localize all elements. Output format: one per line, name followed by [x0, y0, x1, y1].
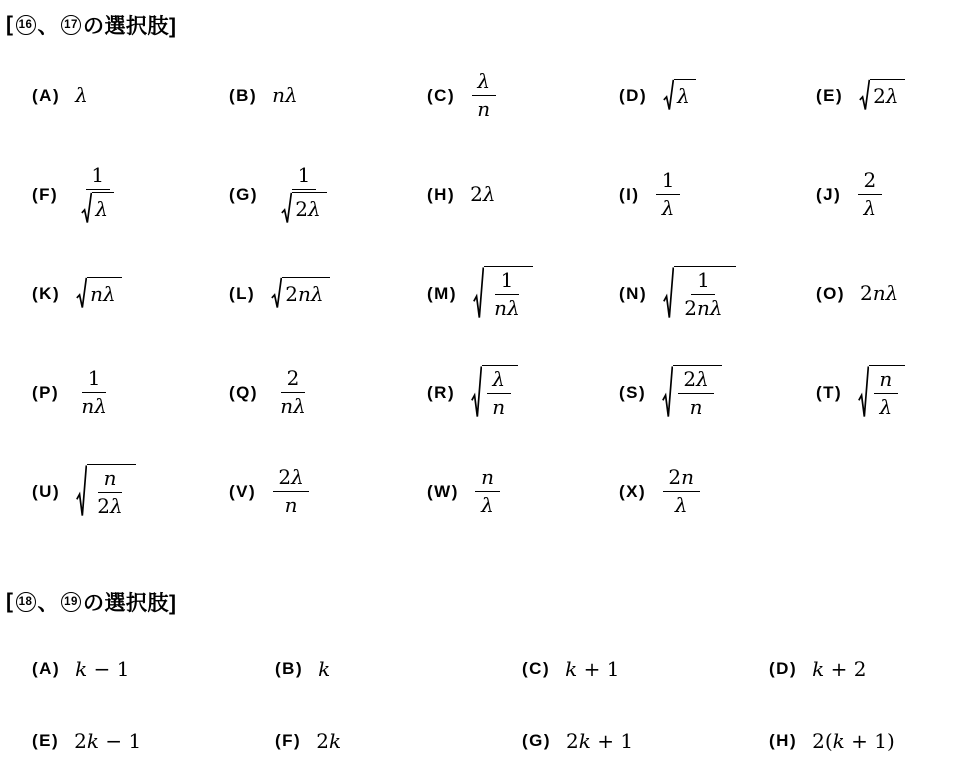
bracket-open: [ — [6, 590, 14, 614]
square-root: 2λ — [859, 79, 904, 112]
option-formula: 1nλ — [472, 266, 534, 322]
option-item: (K)nλ — [32, 277, 229, 310]
option-formula: λ — [75, 84, 88, 107]
header-separator: 、 — [38, 587, 60, 617]
radical-sign-icon — [663, 266, 674, 322]
option-formula: 2nλ — [661, 466, 701, 518]
option-item: (I)1λ — [619, 169, 816, 221]
fraction: 2nλ — [663, 466, 700, 518]
option-formula: 2(k + 1) — [812, 730, 895, 753]
option-formula: k — [318, 658, 330, 681]
option-item: (E)2k − 1 — [32, 730, 275, 753]
radical-sign-icon — [76, 464, 87, 520]
radical-sign-icon — [858, 365, 869, 421]
option-item: (N)12nλ — [619, 266, 816, 322]
option-item: (B)nλ — [229, 84, 427, 107]
option-item: (V)2λn — [229, 466, 427, 518]
option-item: (E)2λ — [816, 79, 955, 112]
option-label: (F) — [32, 185, 58, 205]
option-label: (F) — [275, 731, 301, 751]
option-item: (R)λn — [427, 365, 619, 421]
option-item: (J)2λ — [816, 169, 955, 221]
fraction: n2λ — [92, 467, 129, 519]
option-label: (D) — [769, 659, 797, 679]
fraction: 2λn — [678, 368, 715, 420]
option-formula: k + 2 — [812, 658, 866, 681]
option-formula: 1λ — [655, 169, 682, 221]
option-formula: nλ — [857, 365, 906, 421]
option-formula: nλ — [474, 466, 501, 518]
option-label: (A) — [32, 86, 60, 106]
option-item: (A)k − 1 — [32, 658, 275, 681]
option-item: (U)n2λ — [32, 464, 229, 520]
option-label: (A) — [32, 659, 60, 679]
option-item: (H)2(k + 1) — [769, 730, 955, 753]
option-label: (W) — [427, 482, 459, 502]
option-label: (X) — [619, 482, 646, 502]
option-formula: 2nλ — [270, 277, 330, 310]
square-root: 2λ — [281, 192, 326, 225]
option-item: (G)2k + 1 — [522, 730, 769, 753]
fraction: 2λn — [273, 466, 310, 518]
square-root: 2λn — [662, 365, 722, 421]
square-root: λ — [663, 79, 696, 112]
radical-sign-icon — [662, 365, 673, 421]
fraction: 2λ — [858, 169, 882, 221]
option-item: (M)1nλ — [427, 266, 619, 322]
option-label: (H) — [769, 731, 797, 751]
option-formula: 2k — [316, 730, 341, 753]
fraction: 12λ — [275, 164, 334, 226]
option-label: (N) — [619, 284, 647, 304]
option-item: (F)1λ — [32, 164, 229, 226]
square-root: nλ — [76, 277, 122, 310]
option-formula: nλ — [272, 84, 298, 107]
option-formula: 2λ — [856, 169, 883, 221]
radical-sign-icon — [473, 266, 484, 322]
option-label: (M) — [427, 284, 457, 304]
answer-choices-document: [16、17の選択肢] (A)λ(B)nλ(C)λn(D)λ(E)2λ(F)1λ… — [0, 0, 955, 772]
option-formula: 12λ — [273, 164, 335, 226]
option-formula: 2λn — [661, 365, 723, 421]
fraction: 12nλ — [679, 269, 729, 321]
option-item: (C)k + 1 — [522, 658, 769, 681]
option-formula: λn — [470, 365, 519, 421]
radical-sign-icon — [663, 79, 674, 112]
option-item: (Q)2nλ — [229, 367, 427, 419]
option-formula: 1nλ — [74, 367, 114, 419]
option-formula: 2λ — [858, 79, 905, 112]
option-label: (B) — [229, 86, 257, 106]
option-formula: k + 1 — [565, 658, 619, 681]
fraction: 1nλ — [76, 367, 113, 419]
circled-number-16: 16 — [16, 15, 36, 35]
option-label: (S) — [619, 383, 646, 403]
option-item: (L)2nλ — [229, 277, 427, 310]
radical-sign-icon — [471, 365, 482, 421]
option-formula: λn — [470, 70, 497, 122]
fraction: nλ — [874, 368, 898, 420]
option-label: (D) — [619, 86, 647, 106]
options-grid-16-17: (A)λ(B)nλ(C)λn(D)λ(E)2λ(F)1λ(G)12λ(H)2λ(… — [6, 46, 955, 541]
fraction: 1nλ — [489, 269, 526, 321]
fraction: 2nλ — [275, 367, 312, 419]
options-grid-18-19: (A)k − 1(B)k(C)k + 1(D)k + 2(E)2k − 1(F)… — [6, 633, 955, 772]
option-item: (T)nλ — [816, 365, 955, 421]
option-item: (P)1nλ — [32, 367, 229, 419]
option-label: (G) — [229, 185, 258, 205]
option-label: (Q) — [229, 383, 258, 403]
option-label: (B) — [275, 659, 303, 679]
option-label: (P) — [32, 383, 59, 403]
option-formula: k − 1 — [75, 658, 129, 681]
option-item: (B)k — [275, 658, 522, 681]
option-formula: 2λn — [271, 466, 311, 518]
option-item: (X)2nλ — [619, 466, 816, 518]
fraction: 1λ — [75, 164, 121, 226]
option-item: (F)2k — [275, 730, 522, 753]
fraction: λn — [487, 368, 511, 420]
option-item: (H)2λ — [427, 183, 619, 206]
option-item: (C)λn — [427, 70, 619, 122]
header-suffix: の選択肢] — [83, 587, 177, 617]
option-label: (I) — [619, 185, 640, 205]
option-item: (O)2nλ — [816, 282, 955, 305]
section-header-18-19: [18、19の選択肢] — [6, 587, 955, 617]
option-label: (G) — [522, 731, 551, 751]
option-label: (J) — [816, 185, 841, 205]
option-label: (O) — [816, 284, 845, 304]
option-formula: nλ — [75, 277, 123, 310]
option-item: (A)λ — [32, 84, 229, 107]
square-root: n2λ — [76, 464, 136, 520]
header-suffix: の選択肢] — [83, 10, 177, 40]
section-header-16-17: [16、17の選択肢] — [6, 10, 955, 40]
radical-sign-icon — [281, 192, 292, 225]
option-label: (K) — [32, 284, 60, 304]
option-label: (H) — [427, 185, 455, 205]
circled-number-18: 18 — [16, 592, 36, 612]
option-formula: 2nλ — [273, 367, 313, 419]
option-formula: 2λ — [470, 183, 495, 206]
fraction: nλ — [475, 466, 499, 518]
radical-sign-icon — [76, 277, 87, 310]
circled-number-19: 19 — [61, 592, 81, 612]
option-item: (G)12λ — [229, 164, 427, 226]
option-item: (W)nλ — [427, 466, 619, 518]
option-item: (D)k + 2 — [769, 658, 955, 681]
option-formula: 1λ — [73, 164, 122, 226]
option-label: (T) — [816, 383, 842, 403]
option-formula: λ — [662, 79, 697, 112]
option-item: (S)2λn — [619, 365, 816, 421]
option-item: (D)λ — [619, 79, 816, 112]
option-label: (U) — [32, 482, 60, 502]
square-root: 1nλ — [473, 266, 533, 322]
fraction: λn — [472, 70, 496, 122]
radical-sign-icon — [859, 79, 870, 112]
header-separator: 、 — [38, 10, 60, 40]
option-label: (V) — [229, 482, 256, 502]
square-root: 12nλ — [663, 266, 736, 322]
option-label: (L) — [229, 284, 255, 304]
option-formula: 2k − 1 — [74, 730, 141, 753]
option-label: (R) — [427, 383, 455, 403]
radical-sign-icon — [81, 192, 92, 225]
option-formula: 2k + 1 — [566, 730, 633, 753]
option-formula: 12nλ — [662, 266, 737, 322]
option-label: (C) — [427, 86, 455, 106]
square-root: λn — [471, 365, 518, 421]
radical-sign-icon — [271, 277, 282, 310]
circled-number-17: 17 — [61, 15, 81, 35]
square-root: λ — [81, 192, 114, 225]
option-label: (E) — [32, 731, 59, 751]
option-formula: n2λ — [75, 464, 137, 520]
option-formula: 2nλ — [860, 282, 898, 305]
square-root: nλ — [858, 365, 905, 421]
fraction: 1λ — [656, 169, 680, 221]
option-label: (C) — [522, 659, 550, 679]
square-root: 2nλ — [271, 277, 329, 310]
option-label: (E) — [816, 86, 843, 106]
bracket-open: [ — [6, 13, 14, 37]
